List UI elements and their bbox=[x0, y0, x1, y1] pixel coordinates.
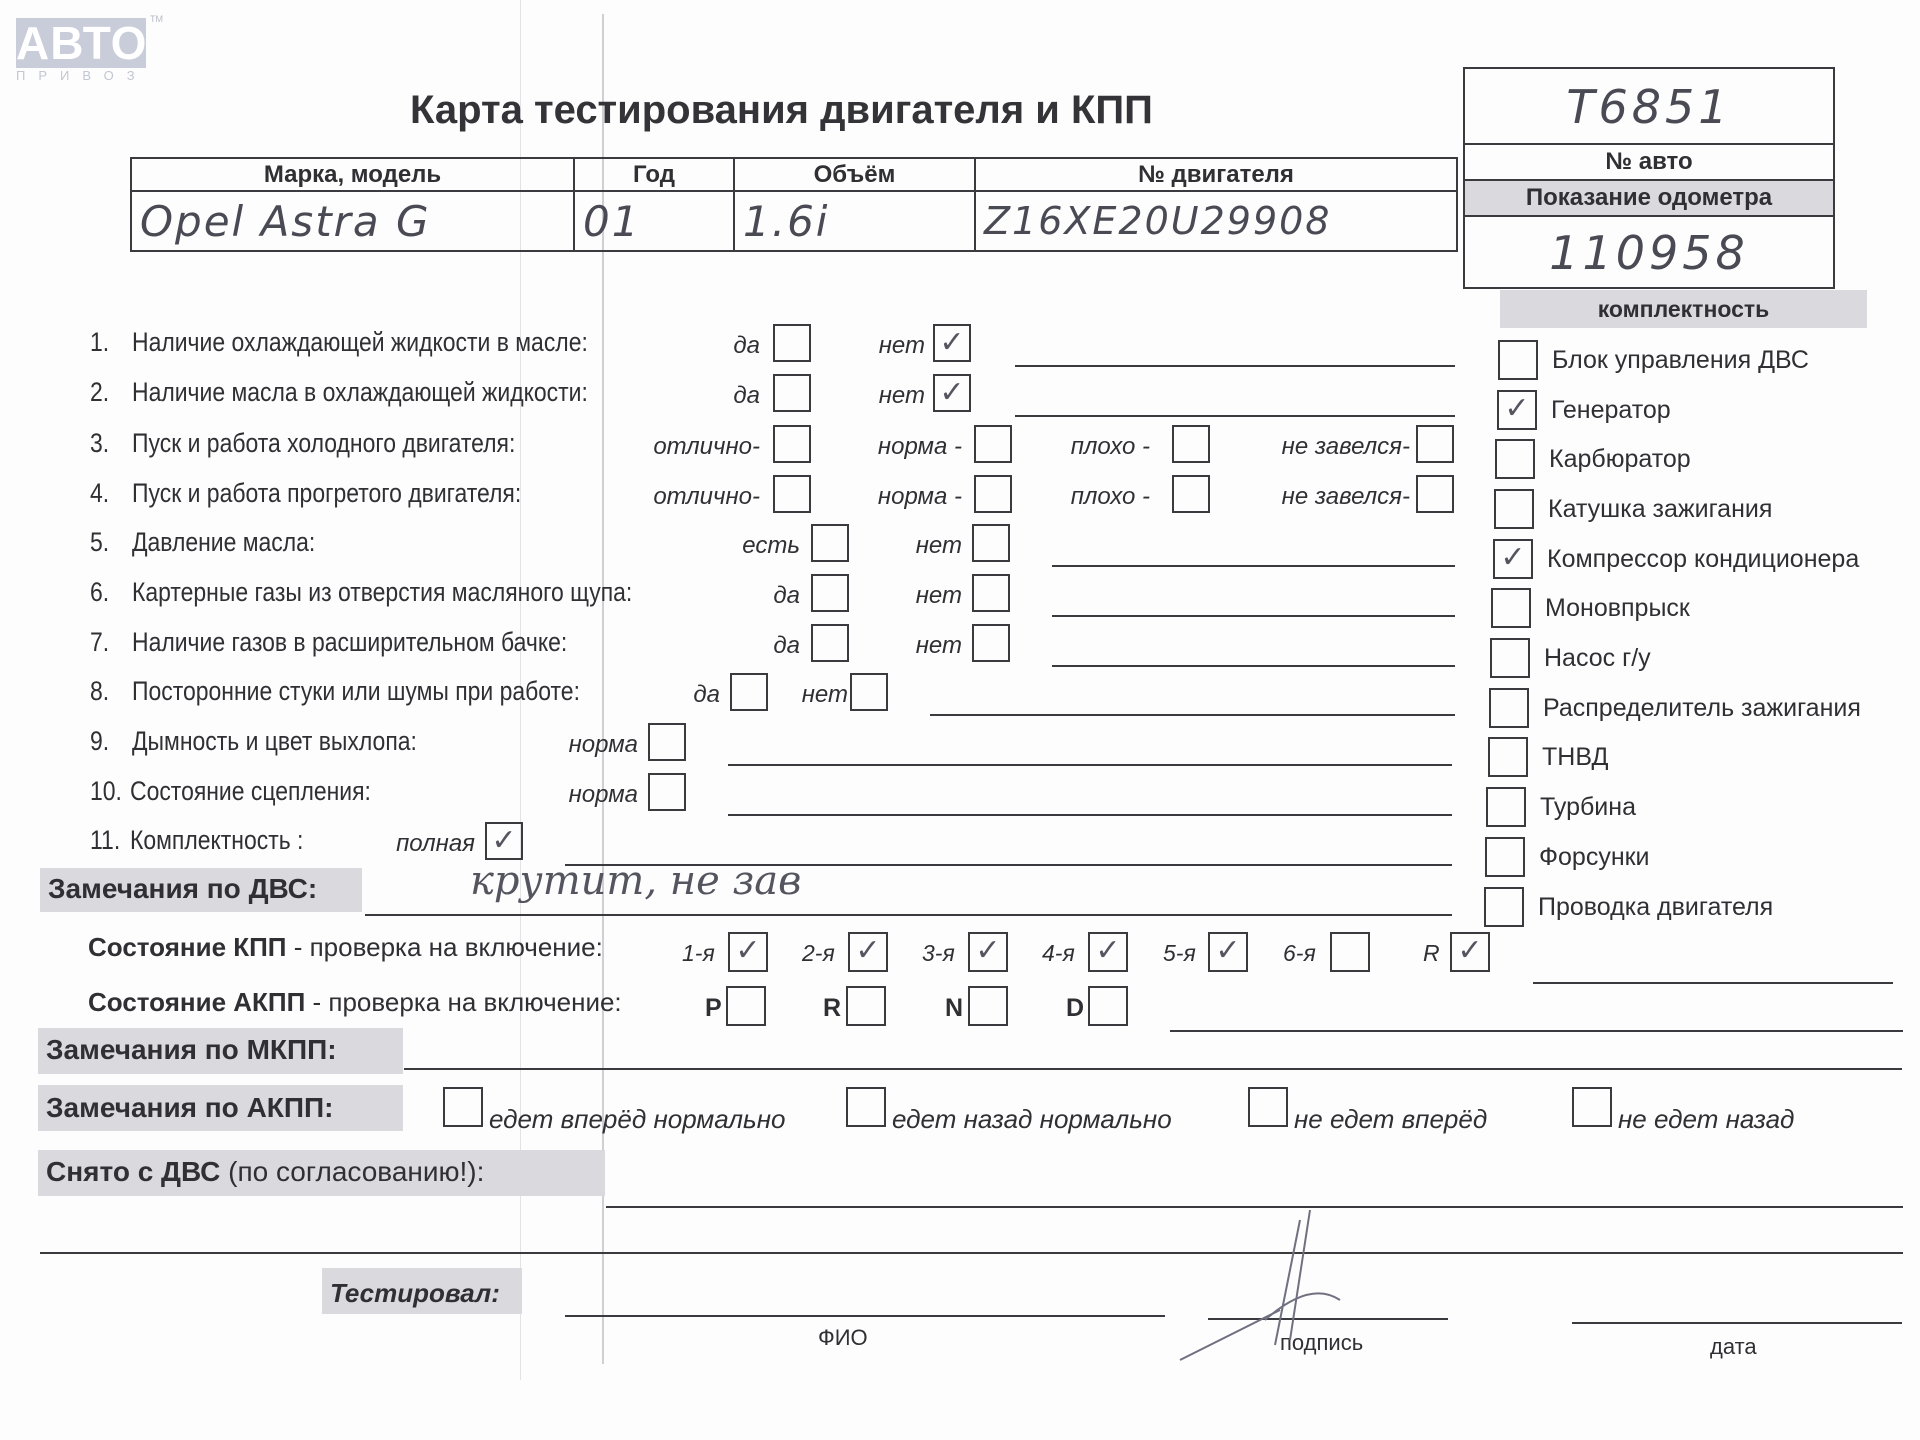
akpp-remark-label: не едет вперёд bbox=[1294, 1104, 1487, 1135]
kit-checkbox[interactable] bbox=[1491, 588, 1531, 628]
removed-label-bold: Снято с ДВС bbox=[46, 1156, 220, 1187]
manual-gearbox-label-rest: - проверка на включение: bbox=[287, 932, 603, 962]
option-label: не завелся- bbox=[0, 483, 1410, 511]
odometer-field[interactable]: 110958 bbox=[1465, 217, 1833, 287]
notes-line[interactable] bbox=[930, 714, 1455, 716]
fio-line[interactable] bbox=[565, 1315, 1165, 1317]
gear-checkbox[interactable]: ✓ bbox=[1450, 932, 1490, 972]
kit-section-title: комплектность bbox=[1500, 290, 1867, 328]
notes-line[interactable] bbox=[728, 764, 1452, 766]
kit-checkbox[interactable] bbox=[1498, 340, 1538, 380]
option-label: нет bbox=[0, 332, 925, 360]
gear-label: 5-я bbox=[1163, 940, 1196, 967]
column-header-engine-number: № двигателя bbox=[975, 158, 1457, 191]
option-checkbox[interactable]: ✓ bbox=[485, 822, 523, 860]
option-checkbox[interactable] bbox=[648, 723, 686, 761]
gear-position-label: R bbox=[823, 994, 841, 1023]
option-checkbox[interactable] bbox=[648, 773, 686, 811]
option-checkbox[interactable] bbox=[972, 624, 1010, 662]
option-label: нет bbox=[0, 532, 962, 560]
option-label: норма bbox=[0, 781, 638, 809]
akpp-remark-label: не едет назад bbox=[1618, 1104, 1794, 1135]
date-caption: дата bbox=[1710, 1334, 1757, 1360]
kit-checkbox[interactable] bbox=[1495, 439, 1535, 479]
kit-item-label: Моновпрыск bbox=[1545, 594, 1690, 623]
kit-checkbox[interactable] bbox=[1490, 638, 1530, 678]
option-checkbox[interactable] bbox=[1416, 425, 1454, 463]
logo: АВТО bbox=[16, 18, 146, 68]
gear-position-checkbox[interactable] bbox=[726, 986, 766, 1026]
auto-gearbox-label-bold: Состояние АКПП bbox=[88, 987, 305, 1017]
notes-line[interactable] bbox=[1015, 415, 1455, 417]
notes-line[interactable] bbox=[1052, 665, 1455, 667]
page-title: Карта тестирования двигателя и КПП bbox=[410, 88, 1153, 133]
kit-checkbox[interactable] bbox=[1488, 737, 1528, 777]
akpp-remark-label: едет назад нормально bbox=[892, 1104, 1172, 1135]
kit-item-label: Катушка зажигания bbox=[1548, 495, 1772, 524]
akpp-remarks-label: Замечания по АКПП: bbox=[46, 1092, 333, 1124]
option-label: нет bbox=[0, 582, 962, 610]
vehicle-info-table: Марка, модель Год Объём № двигателя Opel… bbox=[130, 157, 1458, 252]
kit-item-label: Проводка двигателя bbox=[1538, 893, 1773, 922]
notes-line[interactable] bbox=[1052, 565, 1455, 567]
gear-label: 2-я bbox=[802, 940, 835, 967]
gear-checkbox[interactable]: ✓ bbox=[1088, 932, 1128, 972]
gear-checkbox[interactable]: ✓ bbox=[968, 932, 1008, 972]
kit-item-label: Турбина bbox=[1540, 793, 1636, 822]
kit-item-label: Насос г/у bbox=[1544, 644, 1651, 673]
notes-line[interactable] bbox=[1015, 365, 1455, 367]
option-checkbox[interactable]: ✓ bbox=[933, 324, 971, 362]
akpp-remark-checkbox[interactable] bbox=[1248, 1087, 1288, 1127]
kit-checkbox[interactable] bbox=[1494, 489, 1534, 529]
gear-position-label: P bbox=[705, 994, 722, 1023]
removed-line-2[interactable] bbox=[40, 1252, 1903, 1254]
gear-label: 4-я bbox=[1042, 940, 1075, 967]
option-checkbox[interactable]: ✓ bbox=[933, 374, 971, 412]
gear-position-label: D bbox=[1066, 994, 1084, 1023]
notes-line[interactable] bbox=[728, 814, 1452, 816]
completeness-notes-line bbox=[565, 864, 1452, 866]
option-label: полная bbox=[0, 830, 475, 858]
gear-checkbox[interactable]: ✓ bbox=[1208, 932, 1248, 972]
car-number-label: № авто bbox=[1465, 145, 1833, 181]
kit-item-label: ТНВД bbox=[1542, 743, 1608, 772]
akpp-remark-label: едет вперёд нормально bbox=[489, 1104, 785, 1135]
option-checkbox[interactable] bbox=[1416, 475, 1454, 513]
akpp-remark-checkbox[interactable] bbox=[846, 1087, 886, 1127]
engine-remarks-label: Замечания по ДВС: bbox=[48, 873, 317, 905]
gear-label: 3-я bbox=[922, 940, 955, 967]
kit-checkbox[interactable] bbox=[1484, 887, 1524, 927]
kit-item-label: Компрессор кондиционера bbox=[1547, 545, 1859, 574]
year-field[interactable]: 01 bbox=[574, 191, 734, 251]
option-checkbox[interactable] bbox=[850, 673, 888, 711]
akpp-remark-checkbox[interactable] bbox=[1572, 1087, 1612, 1127]
option-checkbox[interactable] bbox=[972, 524, 1010, 562]
auto-gearbox-label: Состояние АКПП - проверка на включение: bbox=[88, 987, 622, 1018]
gear-checkbox[interactable]: ✓ bbox=[728, 932, 768, 972]
logo-trademark: TM bbox=[150, 14, 163, 24]
manual-gearbox-label: Состояние КПП - проверка на включение: bbox=[88, 932, 603, 963]
option-checkbox[interactable] bbox=[972, 574, 1010, 612]
volume-field[interactable]: 1.6i bbox=[734, 191, 975, 251]
gear-checkbox[interactable]: ✓ bbox=[848, 932, 888, 972]
logo-subtitle: ПРИВОЗ bbox=[16, 68, 148, 83]
gear-checkbox[interactable] bbox=[1330, 932, 1370, 972]
option-label: нет bbox=[0, 632, 962, 660]
gear-position-checkbox[interactable] bbox=[1088, 986, 1128, 1026]
auto-gearbox-notes-line bbox=[1170, 1030, 1903, 1032]
kit-item-label: Блок управления ДВС bbox=[1552, 346, 1809, 375]
gear-position-label: N bbox=[945, 994, 963, 1023]
gear-position-checkbox[interactable] bbox=[968, 986, 1008, 1026]
gear-position-checkbox[interactable] bbox=[846, 986, 886, 1026]
kit-item-label: Карбюратор bbox=[1549, 445, 1691, 474]
option-label: норма bbox=[0, 731, 638, 759]
engine-remarks-line bbox=[365, 914, 1452, 916]
akpp-remark-checkbox[interactable] bbox=[443, 1087, 483, 1127]
tested-by-label: Тестировал: bbox=[330, 1278, 500, 1309]
odometer-label: Показание одометра bbox=[1465, 181, 1833, 217]
kit-item-label: Распределитель зажигания bbox=[1543, 694, 1861, 723]
gear-label: 6-я bbox=[1283, 940, 1316, 967]
fio-caption: ФИО bbox=[818, 1325, 868, 1351]
kit-checkbox[interactable]: ✓ bbox=[1493, 539, 1533, 579]
kit-checkbox[interactable]: ✓ bbox=[1497, 390, 1537, 430]
mkpp-remarks-line[interactable] bbox=[404, 1068, 1902, 1070]
manual-gearbox-label-bold: Состояние КПП bbox=[88, 932, 287, 962]
kit-checkbox[interactable] bbox=[1486, 787, 1526, 827]
column-header-make-model: Марка, модель bbox=[131, 158, 574, 191]
car-number-field[interactable]: T6851 bbox=[1465, 69, 1833, 145]
manual-gearbox-notes-line bbox=[1533, 982, 1893, 984]
notes-line[interactable] bbox=[1052, 615, 1455, 617]
kit-item-label: Форсунки bbox=[1539, 843, 1650, 872]
removed-label: Снято с ДВС (по согласованию!): bbox=[46, 1156, 484, 1188]
date-line[interactable] bbox=[1572, 1322, 1902, 1324]
make-model-field[interactable]: Opel Astra G bbox=[131, 191, 574, 251]
auto-gearbox-label-rest: - проверка на включение: bbox=[305, 987, 621, 1017]
kit-checkbox[interactable] bbox=[1489, 688, 1529, 728]
kit-item-label: Генератор bbox=[1551, 396, 1671, 425]
mkpp-remarks-label: Замечания по МКПП: bbox=[46, 1034, 337, 1066]
option-label: нет bbox=[0, 681, 848, 709]
kit-checkbox[interactable] bbox=[1485, 837, 1525, 877]
option-label: нет bbox=[0, 382, 925, 410]
gear-label: R bbox=[1423, 940, 1440, 967]
car-info-box: T6851 № авто Показание одометра 110958 bbox=[1463, 67, 1835, 289]
removed-label-rest: (по согласованию!): bbox=[220, 1156, 484, 1187]
gear-label: 1-я bbox=[682, 940, 715, 967]
column-header-year: Год bbox=[574, 158, 734, 191]
engine-number-field[interactable]: Z16XE20U29908 bbox=[975, 191, 1457, 251]
option-label: не завелся- bbox=[0, 433, 1410, 461]
column-header-volume: Объём bbox=[734, 158, 975, 191]
signature-scribble-icon bbox=[1170, 1200, 1410, 1380]
